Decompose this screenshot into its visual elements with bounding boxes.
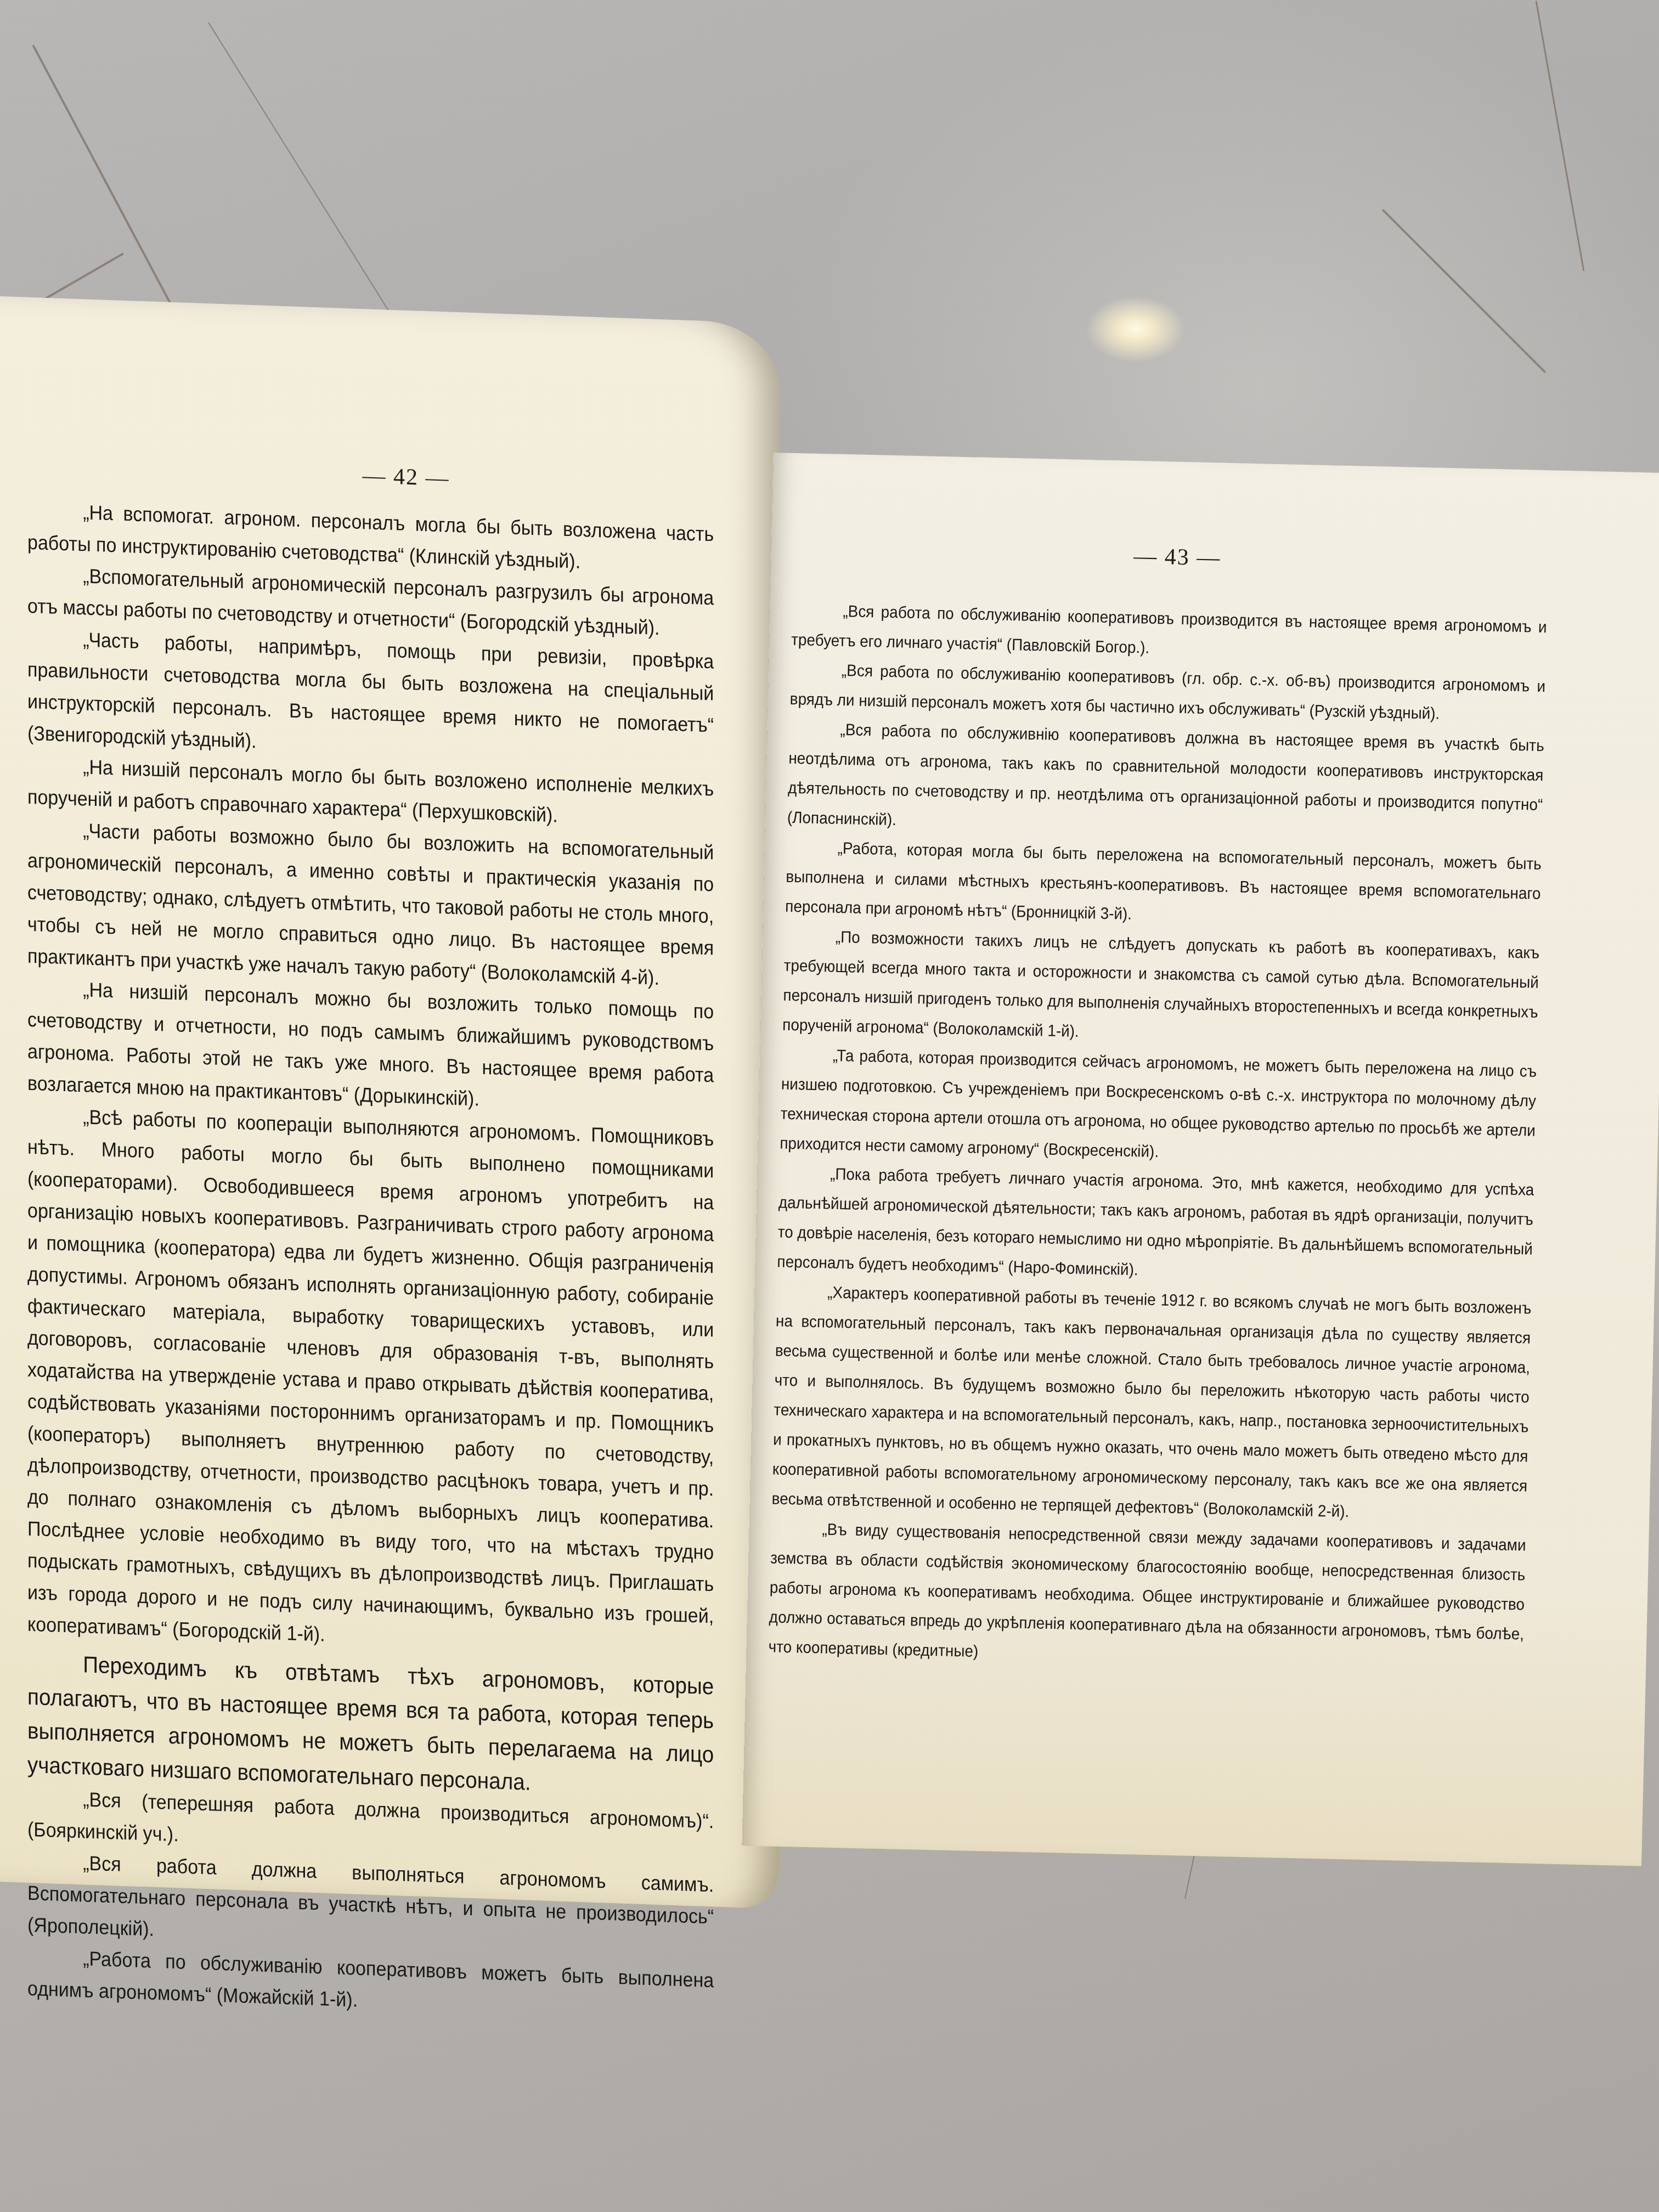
marble-vein (1536, 1, 1585, 271)
right-page: — 43 — „Вся работа по обслуживанію коопе… (742, 453, 1659, 1866)
paragraph: „Часть работы, напримѣръ, помощь при рев… (27, 622, 714, 774)
paragraph: „По возможности такихъ лицъ не слѣдуетъ … (782, 922, 1540, 1057)
paragraph: „Части работы возможно было бы возложить… (27, 813, 714, 996)
paragraph: „Характеръ кооперативной работы въ течен… (771, 1277, 1532, 1531)
paragraph: „Въ виду существованія непосредственной … (768, 1514, 1526, 1679)
left-page-text: „На вспомогат. агроном. персоналъ могла … (27, 495, 714, 2029)
paragraph: „Пока работа требуетъ личнаго участія аг… (777, 1159, 1534, 1294)
right-page-text: „Вся работа по обслуживанію кооперативов… (768, 596, 1547, 1679)
left-page: — 42 — „На вспомогат. агроном. персоналъ… (0, 296, 779, 1909)
paragraph: „Работа, которая могла бы быть переложен… (785, 833, 1542, 939)
paragraph: „Та работа, которая производится сейчасъ… (780, 1040, 1537, 1176)
paragraph: „Всѣ работы по коопераціи выполняются аг… (27, 1099, 714, 1664)
paragraph: „На низшій персоналъ можно бы возложить … (27, 972, 714, 1124)
marble-vein (1382, 209, 1547, 374)
lead-paragraph: Переходимъ къ отвѣтамъ тѣхъ агрономовъ, … (27, 1646, 714, 1806)
page-number: — 42 — (16, 450, 795, 504)
page-number: — 43 — (727, 534, 1628, 580)
paragraph: „Вся работа по обслуживнію кооперативовъ… (787, 714, 1544, 850)
